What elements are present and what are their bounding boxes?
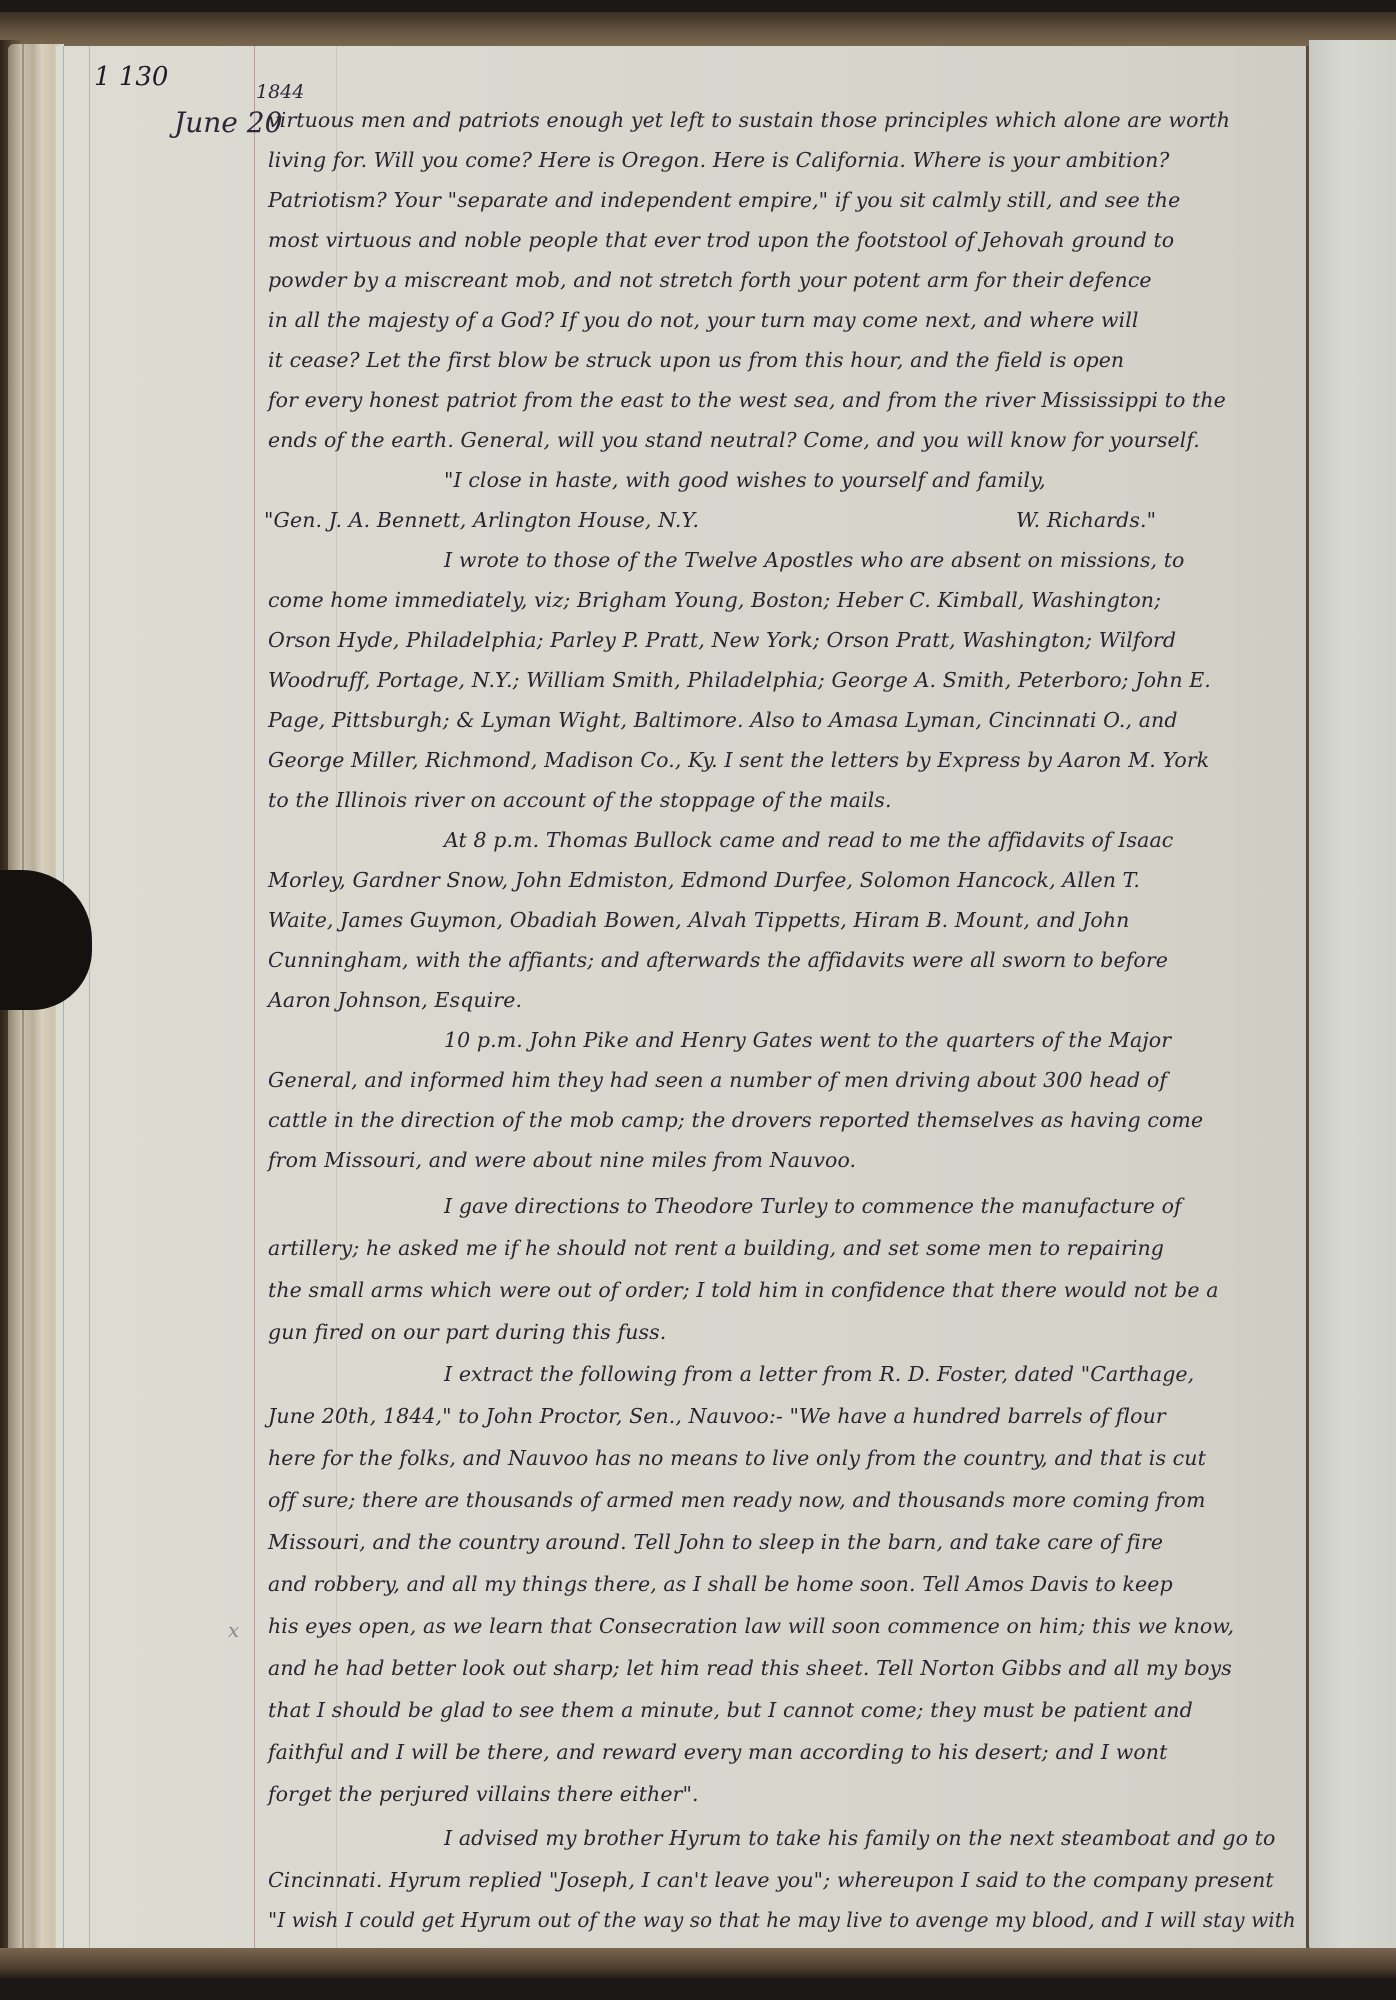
- page-mark: 1: [94, 62, 111, 92]
- text-line: virtuous men and patriots enough yet lef…: [268, 108, 1230, 132]
- manuscript-page: 1 130 1844 June 20 x virtuous men and pa…: [56, 46, 1308, 1948]
- margin-annotation: x: [228, 1618, 239, 1642]
- page-number: 1 130: [94, 62, 168, 92]
- text-line: here for the folks, and Nauvoo has no me…: [268, 1446, 1206, 1470]
- text-line: At 8 p.m. Thomas Bullock came and read t…: [444, 828, 1173, 852]
- page-number-value: 130: [119, 62, 169, 92]
- margin-rule: [89, 46, 90, 1948]
- text-line: from Missouri, and were about nine miles…: [268, 1148, 856, 1172]
- text-line: Missouri, and the country around. Tell J…: [268, 1530, 1163, 1554]
- text-line: "I close in haste, with good wishes to y…: [444, 468, 1046, 492]
- signature: W. Richards.": [1016, 508, 1156, 532]
- text-line: off sure; there are thousands of armed m…: [268, 1488, 1206, 1512]
- text-line: most virtuous and noble people that ever…: [268, 228, 1174, 252]
- text-line: ends of the earth. General, will you sta…: [268, 428, 1200, 452]
- text-line: and robbery, and all my things there, as…: [268, 1572, 1173, 1596]
- text-line: George Miller, Richmond, Madison Co., Ky…: [268, 748, 1209, 772]
- text-line: for every honest patriot from the east t…: [268, 388, 1226, 412]
- text-line: faithful and I will be there, and reward…: [268, 1740, 1167, 1764]
- text-line: powder by a miscreant mob, and not stret…: [268, 268, 1152, 292]
- text-line: cattle in the direction of the mob camp;…: [268, 1108, 1203, 1132]
- text-line: "I wish I could get Hyrum out of the way…: [268, 1908, 1296, 1932]
- text-line: the small arms which were out of order; …: [268, 1278, 1219, 1302]
- text-line: Patriotism? Your "separate and independe…: [268, 188, 1180, 212]
- text-line: Cunningham, with the affiants; and after…: [268, 948, 1168, 972]
- text-line: Waite, James Guymon, Obadiah Bowen, Alva…: [268, 908, 1129, 932]
- next-page-edge: [1309, 40, 1396, 1950]
- text-line: Cincinnati. Hyrum replied "Joseph, I can…: [268, 1868, 1274, 1892]
- text-line: it cease? Let the first blow be struck u…: [268, 348, 1124, 372]
- text-line: come home immediately, viz; Brigham Youn…: [268, 588, 1161, 612]
- text-line: Aaron Johnson, Esquire.: [268, 988, 522, 1012]
- text-line: I advised my brother Hyrum to take his f…: [444, 1826, 1276, 1850]
- text-line: gun fired on our part during this fuss.: [268, 1320, 666, 1344]
- text-line: and he had better look out sharp; let hi…: [268, 1656, 1232, 1680]
- text-line: to the Illinois river on account of the …: [268, 788, 892, 812]
- text-line: Morley, Gardner Snow, John Edmiston, Edm…: [268, 868, 1140, 892]
- text-line: his eyes open, as we learn that Consecra…: [268, 1614, 1234, 1638]
- book-binding-bottom: [0, 1948, 1396, 1978]
- text-line: I wrote to those of the Twelve Apostles …: [444, 548, 1185, 572]
- book-gutter: [1306, 46, 1309, 1948]
- text-line: I extract the following from a letter fr…: [444, 1362, 1194, 1386]
- entry-year: 1844: [256, 81, 304, 103]
- margin-rule-red: [254, 46, 255, 1948]
- text-line: in all the majesty of a God? If you do n…: [268, 308, 1139, 332]
- text-line: that I should be glad to see them a minu…: [268, 1698, 1193, 1722]
- text-line: "Gen. J. A. Bennett, Arlington House, N.…: [264, 508, 699, 532]
- text-line: 10 p.m. John Pike and Henry Gates went t…: [444, 1028, 1171, 1052]
- text-line: General, and informed him they had seen …: [268, 1068, 1167, 1092]
- entry-date: June 20: [174, 106, 282, 139]
- book-binding-top: [0, 12, 1396, 50]
- text-line: Woodruff, Portage, N.Y.; William Smith, …: [268, 668, 1211, 692]
- text-line: forget the perjured villains there eithe…: [268, 1782, 699, 1806]
- text-line: artillery; he asked me if he should not …: [268, 1236, 1164, 1260]
- text-line: I gave directions to Theodore Turley to …: [444, 1194, 1182, 1218]
- text-line: Orson Hyde, Philadelphia; Parley P. Prat…: [268, 628, 1176, 652]
- text-line: Page, Pittsburgh; & Lyman Wight, Baltimo…: [268, 708, 1178, 732]
- text-line: living for. Will you come? Here is Orego…: [268, 148, 1170, 172]
- text-line: June 20th, 1844," to John Proctor, Sen.,…: [268, 1404, 1166, 1428]
